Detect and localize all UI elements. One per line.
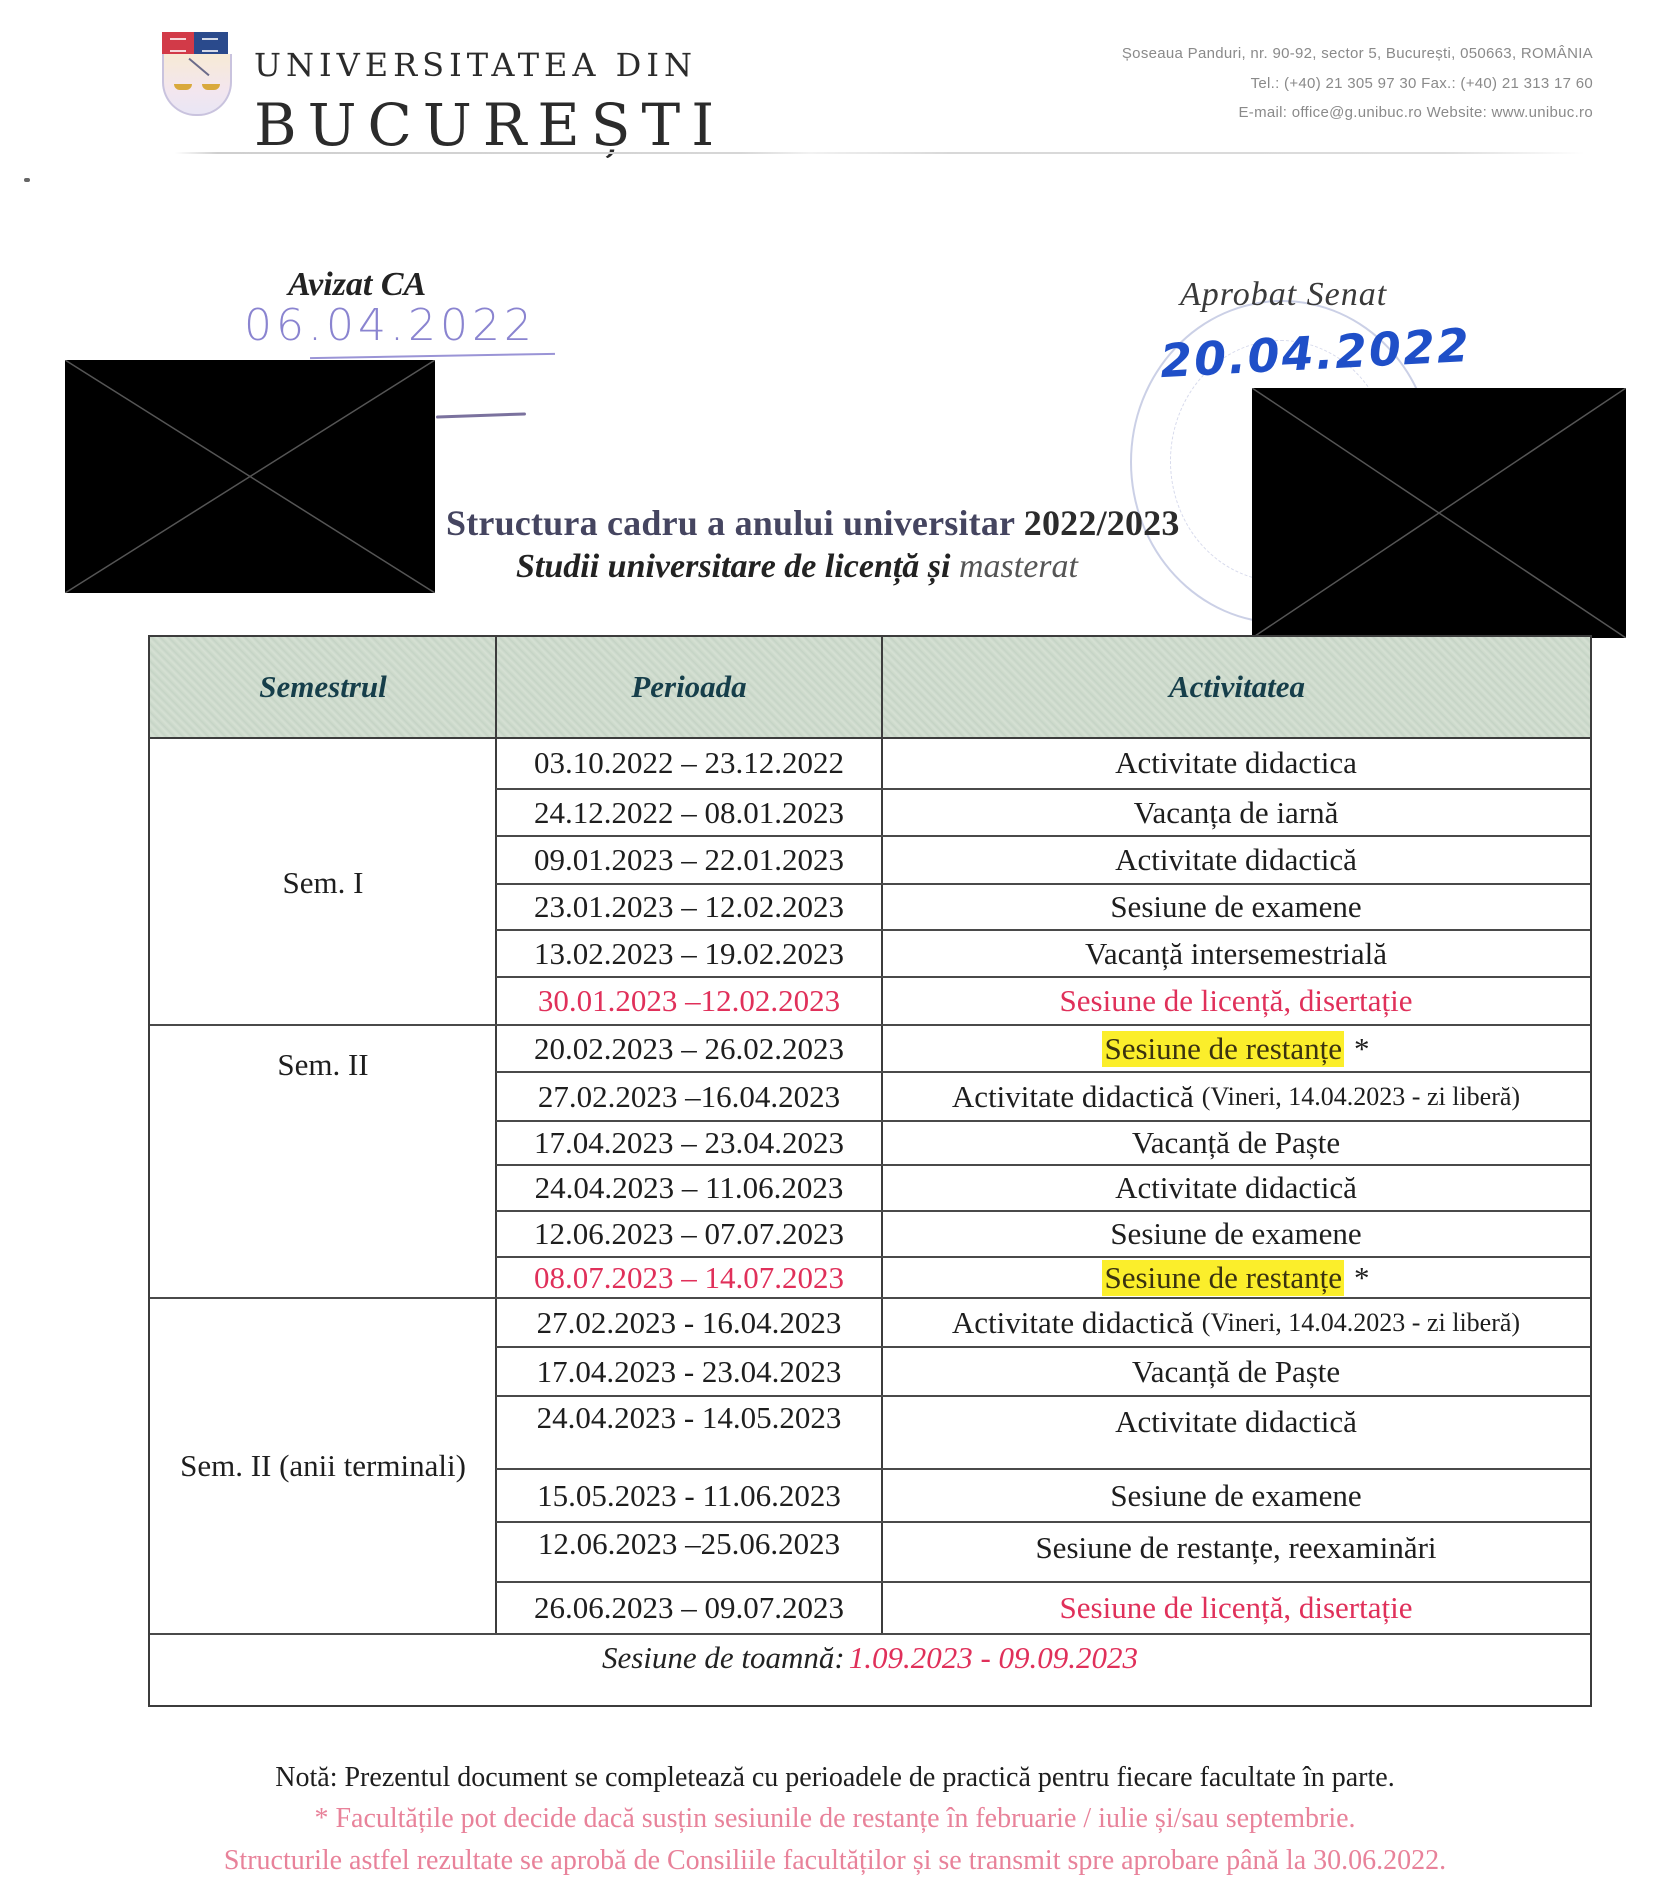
activity-cell: Activitate didactică — [882, 1396, 1590, 1469]
university-crest-icon — [158, 26, 234, 122]
period-cell: 13.02.2023 – 19.02.2023 — [496, 930, 882, 977]
redacted-signature-box — [65, 360, 435, 593]
activity-text: Sesiune de restanțe — [1102, 1260, 1344, 1296]
activity-cell: Activitate didactică — [882, 1165, 1590, 1211]
subtitle-main: Studii universitare de licență și — [516, 548, 950, 585]
period-cell: 24.12.2022 – 08.01.2023 — [496, 789, 882, 836]
activity-text: Sesiune de licență, disertație — [1060, 1590, 1413, 1626]
activity-text: Activitate didactică — [952, 1079, 1194, 1115]
redaction-cross-icon — [1252, 388, 1626, 638]
period-cell: 30.01.2023 –12.02.2023 — [496, 977, 882, 1025]
activity-cell: Vacanță de Paște — [882, 1347, 1590, 1396]
title-year: 2022/2023 — [1024, 503, 1180, 543]
header-semestrul: Semestrul — [150, 637, 496, 737]
activity-text: Activitate didactică — [1115, 1170, 1357, 1206]
header-perioada: Perioada — [496, 637, 882, 737]
activity-text: Sesiune de licență, disertație — [1060, 983, 1413, 1019]
activity-cell: Sesiune de restanțe* — [882, 1257, 1590, 1298]
activity-text: Activitate didactică — [1115, 842, 1357, 878]
aprobat-senat-label: Aprobat Senat — [1180, 276, 1387, 314]
activity-cell: Sesiune de licență, disertație — [882, 1582, 1590, 1634]
period-cell: 08.07.2023 – 14.07.2023 — [496, 1257, 882, 1298]
activity-cell: Activitate didactică — [882, 836, 1590, 884]
header-activitatea: Activitatea — [882, 637, 1592, 737]
activity-note: (Vineri, 14.04.2023 - zi liberă) — [1202, 1082, 1520, 1112]
academic-calendar-table: Semestrul Perioada Activitatea Sem. I03.… — [148, 635, 1592, 1707]
activity-cell: Activitate didactică(Vineri, 14.04.2023 … — [882, 1298, 1590, 1347]
avizat-ca-label: Avizat CA — [288, 266, 426, 304]
activity-cell: Vacanța de iarnă — [882, 789, 1590, 836]
period-cell: 15.05.2023 - 11.06.2023 — [496, 1469, 882, 1522]
activity-text: Sesiune de restanțe — [1102, 1031, 1344, 1067]
activity-text: Vacanța de iarnă — [1134, 795, 1339, 831]
handwritten-underline — [310, 353, 555, 359]
period-cell: 12.06.2023 –25.06.2023 — [496, 1522, 882, 1582]
redaction-cross-icon — [65, 360, 435, 593]
address-text: Șoseaua Panduri, nr. 90-92, sector 5, Bu… — [1122, 45, 1593, 62]
email-website-text: E-mail: office@g.unibuc.ro Website: www.… — [1238, 104, 1593, 121]
signature-stroke — [436, 412, 526, 418]
activity-text: Vacanță de Paște — [1132, 1354, 1340, 1390]
activity-cell: Activitate didactică(Vineri, 14.04.2023 … — [882, 1072, 1590, 1121]
period-cell: 23.01.2023 – 12.02.2023 — [496, 884, 882, 930]
period-cell: 03.10.2022 – 23.12.2022 — [496, 737, 882, 789]
activity-cell: Sesiune de restanțe, reexaminări — [882, 1522, 1590, 1582]
activity-cell: Vacanță de Paște — [882, 1121, 1590, 1165]
activity-cell: Sesiune de restanțe* — [882, 1025, 1590, 1072]
period-cell: 12.06.2023 – 07.07.2023 — [496, 1211, 882, 1257]
activity-text: Sesiune de examene — [1110, 1216, 1361, 1252]
autumn-session-row: Sesiune de toamnă:1.09.2023 - 09.09.2023 — [150, 1640, 1590, 1676]
period-cell: 27.02.2023 –16.04.2023 — [496, 1072, 882, 1121]
university-name-line1: UNIVERSITATEA DIN — [254, 46, 697, 84]
document-title: Structura cadru a anului universitar 202… — [446, 502, 1180, 544]
period-cell: 27.02.2023 - 16.04.2023 — [496, 1298, 882, 1347]
redacted-stamp-box — [1252, 388, 1626, 638]
table-grid: Semestrul Perioada Activitatea Sem. I03.… — [148, 635, 1592, 1707]
period-cell: 17.04.2023 – 23.04.2023 — [496, 1121, 882, 1165]
activity-text: Activitate didactica — [1115, 745, 1357, 781]
activity-text: Sesiune de restanțe, reexaminări — [1035, 1530, 1436, 1566]
activity-text: Activitate didactică — [1115, 1404, 1357, 1440]
activity-cell: Sesiune de licență, disertație — [882, 977, 1590, 1025]
activity-note: (Vineri, 14.04.2023 - zi liberă) — [1202, 1308, 1520, 1338]
autumn-session-dates: 1.09.2023 - 09.09.2023 — [849, 1640, 1138, 1676]
phone-fax-text: Tel.: (+40) 21 305 97 30 Fax.: (+40) 21 … — [1251, 75, 1593, 92]
letterhead-divider — [175, 152, 1585, 154]
period-cell: 20.02.2023 – 26.02.2023 — [496, 1025, 882, 1072]
footnote-approval-deadline: Structurile astfel rezultate se aprobă d… — [0, 1845, 1670, 1877]
activity-cell: Activitate didactica — [882, 737, 1590, 789]
period-cell: 24.04.2023 – 11.06.2023 — [496, 1165, 882, 1211]
activity-cell: Sesiune de examene — [882, 884, 1590, 930]
activity-cell: Vacanță intersemestrială — [882, 930, 1590, 977]
footnote-restante: * Facultățile pot decide dacă susțin ses… — [0, 1803, 1670, 1835]
activity-cell: Sesiune de examene — [882, 1211, 1590, 1257]
document-note: Notă: Prezentul document se completează … — [0, 1762, 1670, 1794]
document-subtitle: Studii universitare de licență și master… — [516, 548, 1078, 586]
university-name-line2: BUCUREȘTI — [254, 96, 725, 154]
activity-text: Sesiune de examene — [1110, 1478, 1361, 1514]
avizat-ca-date: 06.04.2022 — [244, 300, 536, 351]
activity-cell: Sesiune de examene — [882, 1469, 1590, 1522]
scan-artifact — [24, 178, 30, 182]
activity-text: Vacanță intersemestrială — [1085, 936, 1387, 972]
activity-text: Vacanță de Paște — [1132, 1125, 1340, 1161]
footnote-asterisk: * — [1354, 1031, 1370, 1067]
subtitle-tail: masterat — [959, 548, 1078, 585]
table-header: Semestrul Perioada Activitatea — [150, 637, 1590, 739]
period-cell: 17.04.2023 - 23.04.2023 — [496, 1347, 882, 1396]
period-cell: 24.04.2023 - 14.05.2023 — [496, 1396, 882, 1469]
activity-text: Activitate didactică — [952, 1305, 1194, 1341]
footnote-asterisk: * — [1354, 1260, 1370, 1296]
activity-text: Sesiune de examene — [1110, 889, 1361, 925]
autumn-session-label: Sesiune de toamnă: — [602, 1640, 845, 1676]
period-cell: 09.01.2023 – 22.01.2023 — [496, 836, 882, 884]
period-cell: 26.06.2023 – 09.07.2023 — [496, 1582, 882, 1634]
title-main: Structura cadru a anului universitar — [446, 503, 1015, 543]
